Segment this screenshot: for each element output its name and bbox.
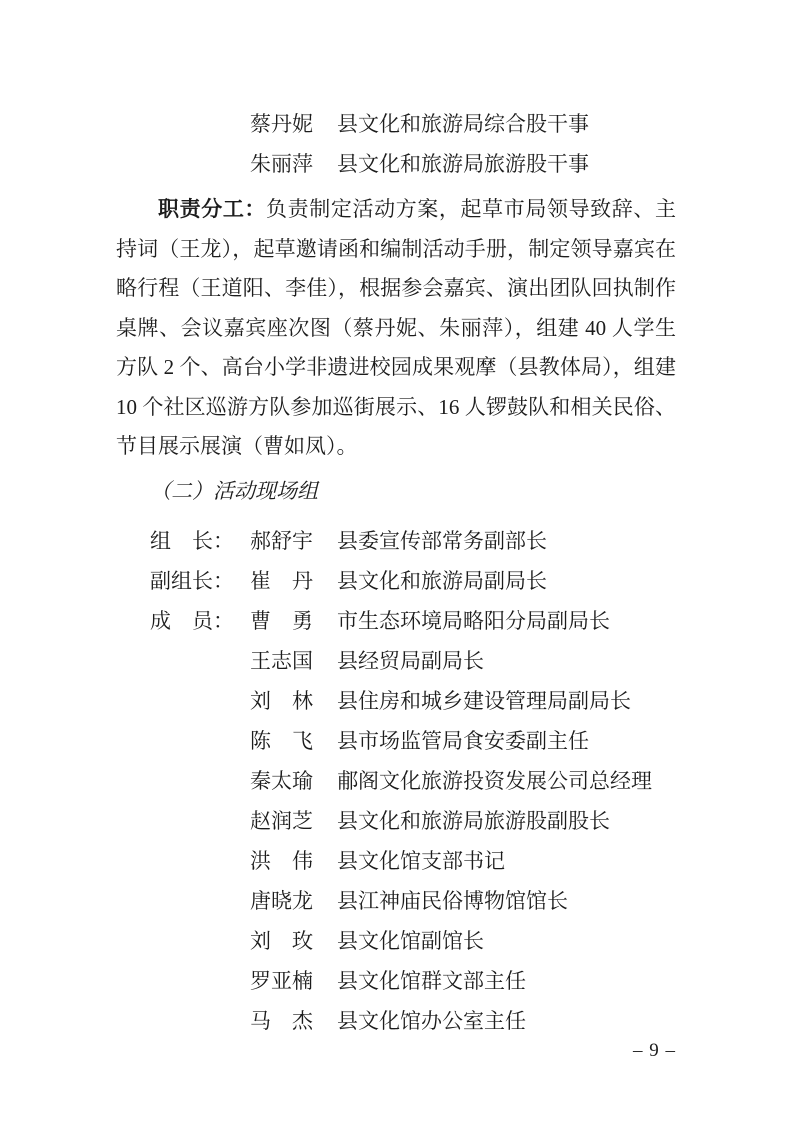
role-label: 副组长： [150,561,250,601]
member-name: 洪 伟 [250,841,314,881]
list-item: 洪 伟 县文化馆支部书记 [116,841,676,881]
member-title: 县文化馆副馆长 [337,921,484,961]
section-heading: （二）活动现场组 [116,471,676,511]
list-item: 蔡丹妮 县文化和旅游局综合股干事 [116,104,676,144]
member-name: 马 杰 [250,1001,314,1041]
member-title: 县文化馆群文部主任 [337,961,526,1001]
member-name: 刘 林 [250,681,314,721]
role-label: 成 员： [150,601,250,641]
duty-label: 职责分工： [158,198,266,221]
member-name: 秦太瑜 [250,761,314,801]
document-page: 蔡丹妮 县文化和旅游局综合股干事 朱丽萍 县文化和旅游局旅游股干事 职责分工：负… [0,0,793,1122]
list-item: 赵润芝 县文化和旅游局旅游股副股长 [116,801,676,841]
member-title: 县文化和旅游局旅游股干事 [337,144,589,184]
member-title: 县文化和旅游局综合股干事 [337,104,589,144]
member-title: 县市场监管局食安委副主任 [337,721,589,761]
member-title: 县文化馆办公室主任 [337,1001,526,1041]
list-item: 朱丽萍 县文化和旅游局旅游股干事 [116,144,676,184]
list-item: 马 杰 县文化馆办公室主任 [116,1001,676,1041]
list-item: 秦太瑜 郙阁文化旅游投资发展公司总经理 [116,761,676,801]
member-title: 县文化和旅游局副局长 [337,561,547,601]
list-item: 陈 飞 县市场监管局食安委副主任 [116,721,676,761]
member-name: 唐晓龙 [250,881,314,921]
member-title: 县文化馆支部书记 [337,841,505,881]
member-title: 县文化和旅游局旅游股副股长 [337,801,610,841]
role-row-deputy-leader: 副组长： 崔 丹 县文化和旅游局副局长 [116,561,676,601]
member-name: 曹 勇 [250,601,314,641]
member-name: 蔡丹妮 [250,104,314,144]
page-number: – 9 – [633,1040,676,1062]
member-name: 朱丽萍 [250,144,314,184]
list-item: 刘 林 县住房和城乡建设管理局副局长 [116,681,676,721]
member-name: 刘 玫 [250,921,314,961]
member-title: 县经贸局副局长 [337,641,484,681]
list-item: 罗亚楠 县文化馆群文部主任 [116,961,676,1001]
member-name: 罗亚楠 [250,961,314,1001]
list-item: 唐晓龙 县江神庙民俗博物馆馆长 [116,881,676,921]
member-name: 郝舒宇 [250,521,314,561]
continuation-member-list: 蔡丹妮 县文化和旅游局综合股干事 朱丽萍 县文化和旅游局旅游股干事 [116,104,676,184]
duty-text: 负责制定活动方案，起草市局领导致辞、主持词（王龙），起草邀请函和编制活动手册，制… [116,197,676,458]
member-title: 市生态环境局略阳分局副局长 [337,601,610,641]
document-body: 蔡丹妮 县文化和旅游局综合股干事 朱丽萍 县文化和旅游局旅游股干事 职责分工：负… [116,0,676,1041]
member-name: 崔 丹 [250,561,314,601]
list-item: 刘 玫 县文化馆副馆长 [116,921,676,961]
role-row-members: 成 员： 曹 勇 市生态环境局略阳分局副局长 [116,601,676,641]
list-item: 王志国 县经贸局副局长 [116,641,676,681]
role-label: 组 长： [150,521,250,561]
member-name: 陈 飞 [250,721,314,761]
member-title: 县住房和城乡建设管理局副局长 [337,681,631,721]
member-name: 赵润芝 [250,801,314,841]
duty-paragraph: 职责分工：负责制定活动方案，起草市局领导致辞、主持词（王龙），起草邀请函和编制活… [116,190,676,467]
member-title: 县江神庙民俗博物馆馆长 [337,881,568,921]
role-row-leader: 组 长： 郝舒宇 县委宣传部常务副部长 [116,521,676,561]
roster-list: 组 长： 郝舒宇 县委宣传部常务副部长 副组长： 崔 丹 县文化和旅游局副局长 … [116,521,676,1041]
member-name: 王志国 [250,641,314,681]
member-title: 县委宣传部常务副部长 [337,521,547,561]
member-title: 郙阁文化旅游投资发展公司总经理 [337,761,652,801]
